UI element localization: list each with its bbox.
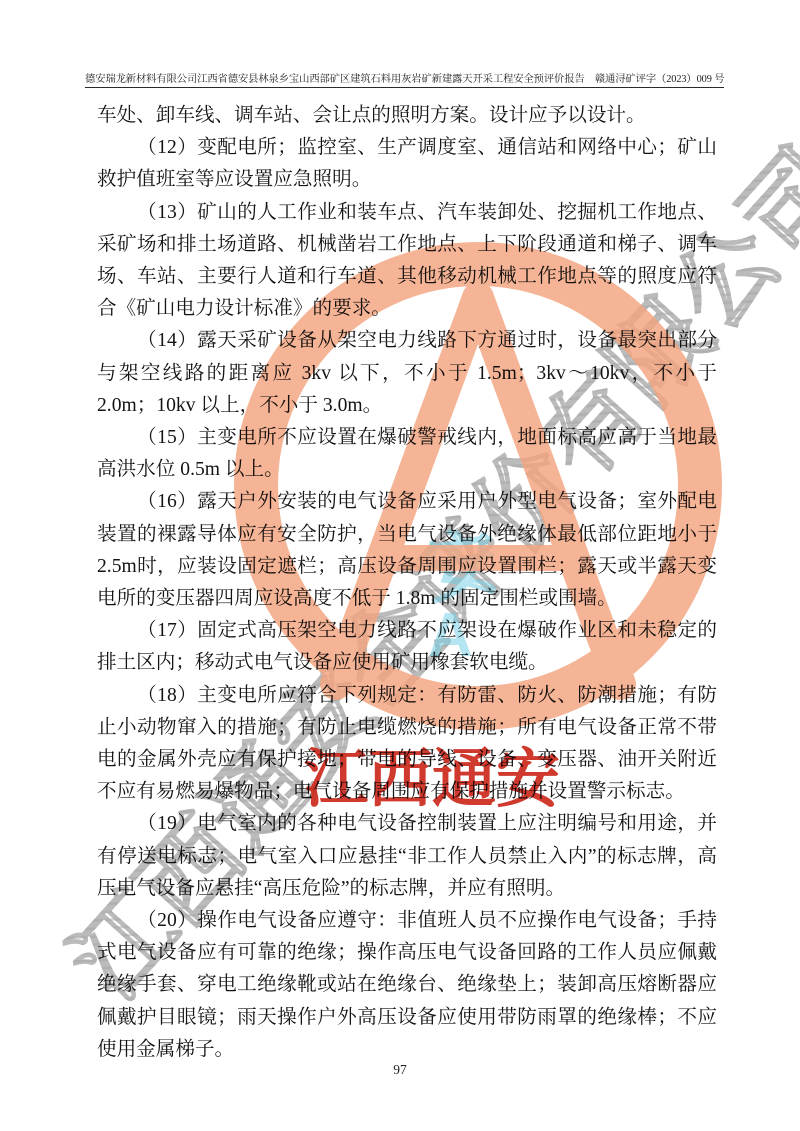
- body-paragraph: （12）变配电所；监控室、生产调度室、通信站和网络中心；矿山救护值班室等应设置应…: [97, 132, 717, 196]
- document-body: 车处、卸车线、调车站、会让点的照明方案。设计应予以设计。 （12）变配电所；监控…: [97, 100, 717, 1066]
- body-paragraph: （18）主变电所应符合下列规定：有防雷、防火、防潮措施；有防止小动物窜入的措施；…: [97, 680, 717, 809]
- body-paragraph: （16）露天户外安装的电气设备应采用户外型电气设备；室外配电装置的裸露导体应有安…: [97, 486, 717, 615]
- body-paragraph: （19）电气室内的各种电气设备控制装置上应注明编号和用途，并有停送电标志；电气室…: [97, 808, 717, 905]
- document-page: 德安瑞龙新材料有限公司江西省德安县林泉乡宝山西部矿区建筑石料用灰岩矿新建露天开采…: [0, 0, 800, 1131]
- header-title-text: 德安瑞龙新材料有限公司江西省德安县林泉乡宝山西部矿区建筑石料用灰岩矿新建露天开采…: [85, 70, 724, 88]
- body-paragraph: （20）操作电气设备应遵守：非值班人员不应操作电气设备；手持式电气设备应有可靠的…: [97, 905, 717, 1066]
- body-paragraph: （17）固定式高压架空电力线路不应架设在爆破作业区和未稳定的排土区内；移动式电气…: [97, 615, 717, 679]
- page-number: 97: [0, 1062, 800, 1078]
- body-paragraph: （14）露天采矿设备从架空电力线路下方通过时，设备最突出部分与架空线路的距离应 …: [97, 325, 717, 422]
- body-paragraph: （15）主变电所不应设置在爆破警戒线内，地面标高应高于当地最高洪水位 0.5m …: [97, 422, 717, 486]
- body-paragraph: （13）矿山的人工作业和装车点、汽车装卸处、挖掘机工作地点、采矿场和排土场道路、…: [97, 197, 717, 326]
- body-paragraph: 车处、卸车线、调车站、会让点的照明方案。设计应予以设计。: [97, 100, 717, 132]
- page-header: 德安瑞龙新材料有限公司江西省德安县林泉乡宝山西部矿区建筑石料用灰岩矿新建露天开采…: [85, 70, 725, 88]
